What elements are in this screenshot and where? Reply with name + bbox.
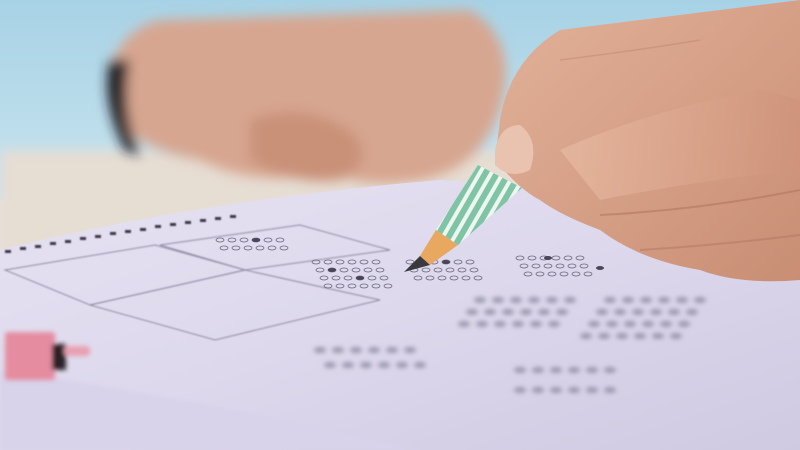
photo-illustration xyxy=(0,0,800,450)
photo-scene: Close-up photo of a student's hands fill… xyxy=(0,0,800,450)
